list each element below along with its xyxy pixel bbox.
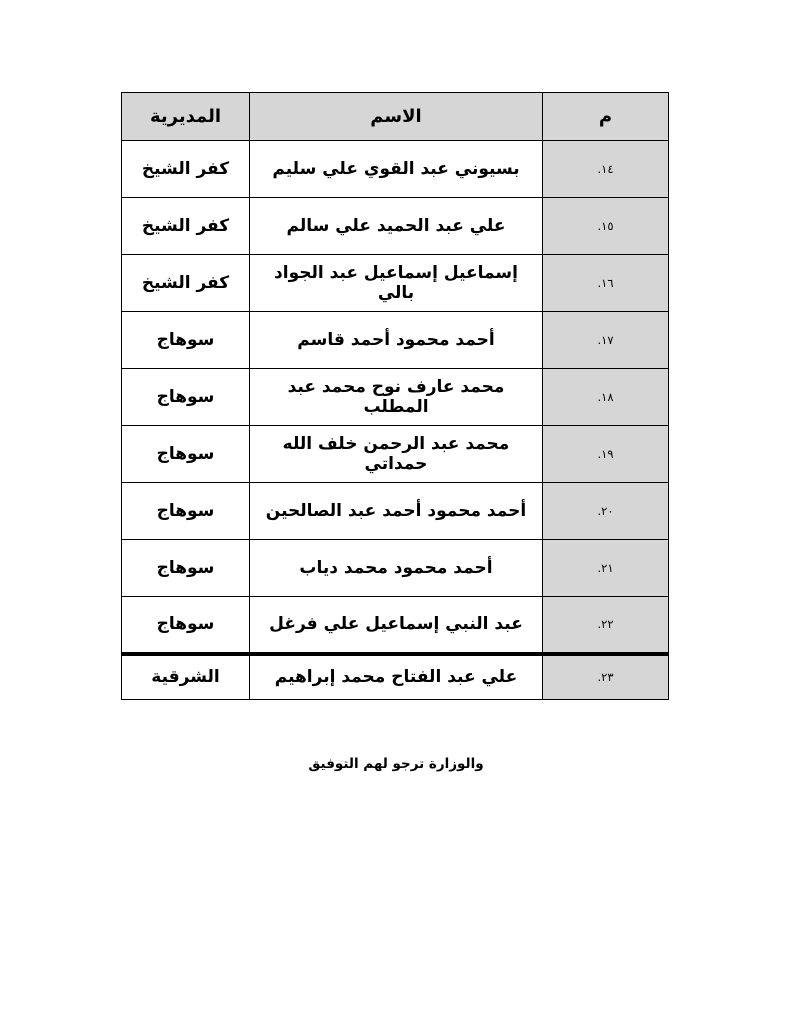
table-row-page-break: .٢٣ علي عبد الفتاح محمد إبراهيم الشرقية [122, 654, 669, 700]
cell-directorate: الشرقية [122, 654, 250, 700]
cell-name: إسماعيل إسماعيل عبد الجواد بالي [250, 255, 543, 312]
table-header-row: م الاسم المديرية [122, 93, 669, 141]
cell-name: محمد عارف نوح محمد عبد المطلب [250, 369, 543, 426]
table-row: .١٩ محمد عبد الرحمن خلف الله حمداتي سوها… [122, 426, 669, 483]
cell-name: أحمد محمود أحمد قاسم [250, 312, 543, 369]
cell-name: بسيوني عبد القوي علي سليم [250, 141, 543, 198]
cell-number: .٢٣ [543, 654, 669, 700]
cell-name: أحمد محمود أحمد عبد الصالحين [250, 483, 543, 540]
cell-directorate: كفر الشيخ [122, 198, 250, 255]
cell-directorate: سوهاج [122, 483, 250, 540]
table-row: .١٨ محمد عارف نوح محمد عبد المطلب سوهاج [122, 369, 669, 426]
cell-name: أحمد محمود محمد دياب [250, 540, 543, 597]
cell-number: .١٥ [543, 198, 669, 255]
cell-directorate: سوهاج [122, 597, 250, 654]
cell-directorate: سوهاج [122, 369, 250, 426]
document-page: م الاسم المديرية .١٤ بسيوني عبد القوي عل… [0, 0, 792, 1024]
cell-directorate: كفر الشيخ [122, 141, 250, 198]
cell-directorate: سوهاج [122, 426, 250, 483]
cell-number: .١٦ [543, 255, 669, 312]
header-cell-name: الاسم [250, 93, 543, 141]
cell-number: .١٧ [543, 312, 669, 369]
cell-directorate: كفر الشيخ [122, 255, 250, 312]
cell-directorate: سوهاج [122, 540, 250, 597]
roster-table: م الاسم المديرية .١٤ بسيوني عبد القوي عل… [121, 92, 669, 700]
cell-directorate: سوهاج [122, 312, 250, 369]
cell-name: علي عبد الحميد علي سالم [250, 198, 543, 255]
table-row: .١٦ إسماعيل إسماعيل عبد الجواد بالي كفر … [122, 255, 669, 312]
table-row: .١٧ أحمد محمود أحمد قاسم سوهاج [122, 312, 669, 369]
cell-number: .١٩ [543, 426, 669, 483]
table-row: .١٤ بسيوني عبد القوي علي سليم كفر الشيخ [122, 141, 669, 198]
cell-number: .٢٠ [543, 483, 669, 540]
cell-number: .٢١ [543, 540, 669, 597]
cell-name: عبد النبي إسماعيل علي فرغل [250, 597, 543, 654]
footer-note: والوزارة ترجو لهم التوفيق [0, 756, 792, 772]
table-row: .١٥ علي عبد الحميد علي سالم كفر الشيخ [122, 198, 669, 255]
header-cell-number: م [543, 93, 669, 141]
cell-number: .٢٢ [543, 597, 669, 654]
cell-number: .١٤ [543, 141, 669, 198]
table-row: .٢٠ أحمد محمود أحمد عبد الصالحين سوهاج [122, 483, 669, 540]
cell-name: علي عبد الفتاح محمد إبراهيم [250, 654, 543, 700]
table-row: .٢١ أحمد محمود محمد دياب سوهاج [122, 540, 669, 597]
cell-name: محمد عبد الرحمن خلف الله حمداتي [250, 426, 543, 483]
header-cell-directorate: المديرية [122, 93, 250, 141]
table-row: .٢٢ عبد النبي إسماعيل علي فرغل سوهاج [122, 597, 669, 654]
cell-number: .١٨ [543, 369, 669, 426]
